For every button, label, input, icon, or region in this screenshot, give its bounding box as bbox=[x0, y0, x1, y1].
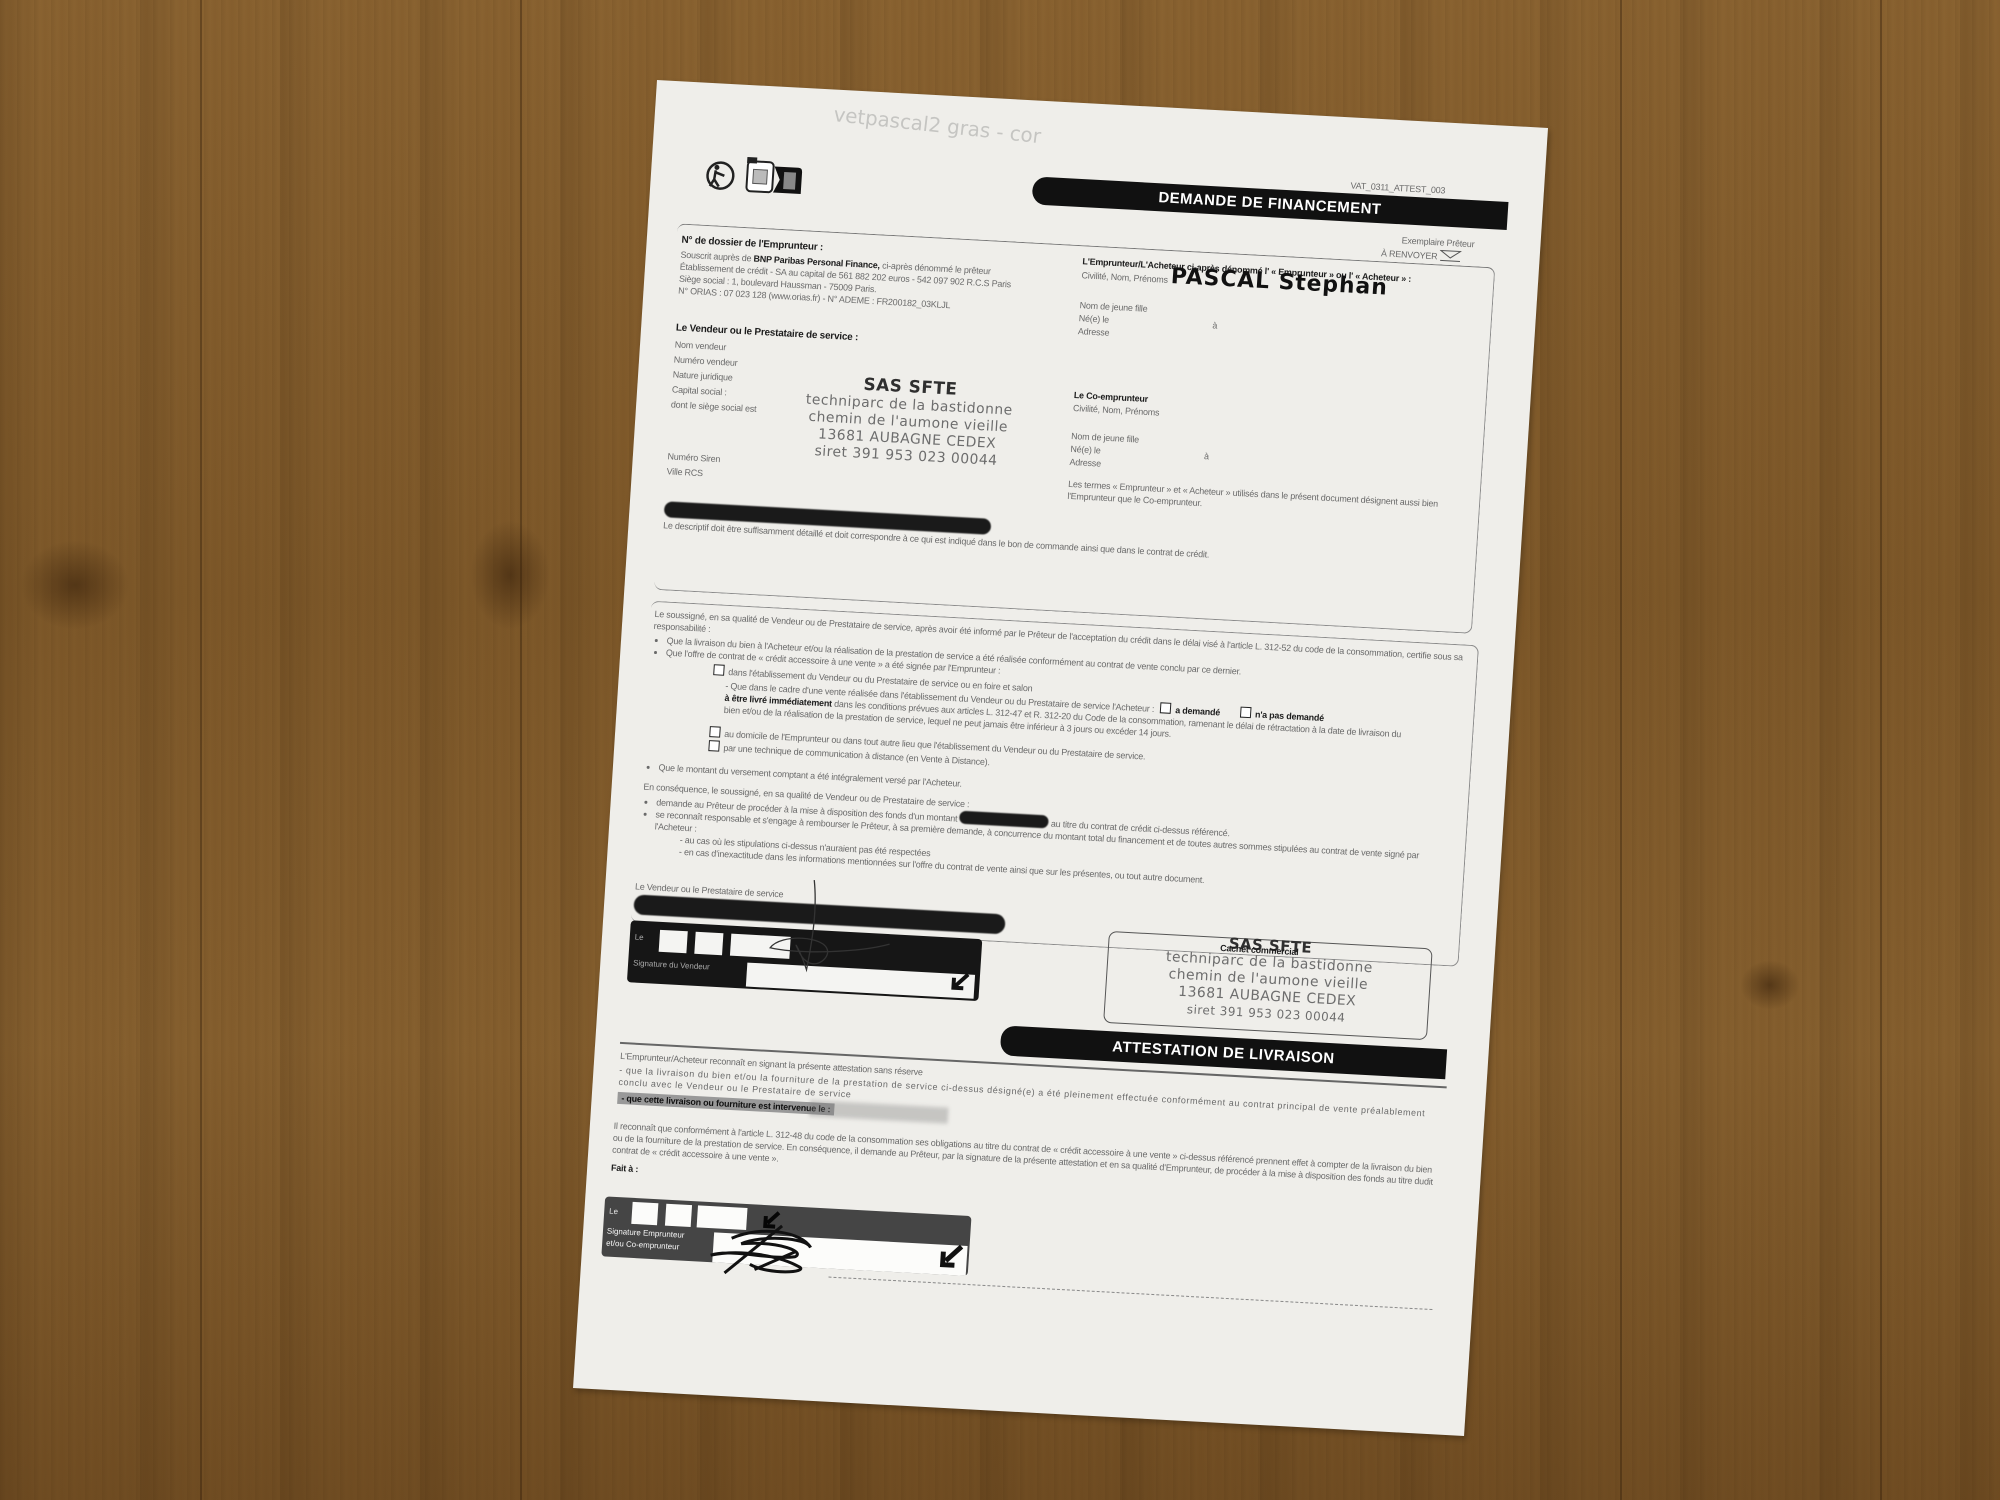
date-box[interactable] bbox=[694, 932, 723, 955]
sign-here-arrow-icon bbox=[938, 1242, 965, 1269]
sign-here-arrow-icon bbox=[949, 970, 972, 993]
checkbox-home[interactable] bbox=[709, 726, 721, 738]
wood-knot bbox=[470, 520, 550, 630]
date-box[interactable] bbox=[631, 1202, 658, 1225]
vendor-labels-bottom: Numéro Siren Ville RCS bbox=[666, 449, 721, 482]
recycling-logo bbox=[701, 153, 832, 200]
vendor-signature-scribble bbox=[739, 876, 924, 985]
co-borrower-born-at: à bbox=[1204, 450, 1210, 462]
vendor-stamp: SAS SFTE techniparc de la bastidonne che… bbox=[787, 371, 1030, 472]
borrower-born-at: à bbox=[1212, 319, 1218, 331]
commercial-stamp: SAS SFTE techniparc de la bastidonne che… bbox=[1105, 928, 1432, 1031]
delivery-paragraph: Il reconnaît que conformément à l'articl… bbox=[612, 1120, 1441, 1200]
borrower-fields: Nom de jeune fille Né(e) le Adresse bbox=[1078, 299, 1148, 342]
vendor-sign-label: Signature du Vendeur bbox=[633, 958, 710, 971]
financing-form-page: vetpascal2 gras - cor VAT_0311_ATTEST_00… bbox=[573, 80, 1548, 1436]
borrower-sign-label-1: Signature Emprunteur bbox=[607, 1227, 685, 1240]
wood-knot bbox=[20, 540, 130, 630]
floor-seam bbox=[200, 0, 202, 1500]
triman-recycle-icon bbox=[701, 153, 832, 200]
checkbox-not-asked[interactable] bbox=[1240, 707, 1252, 719]
wood-knot bbox=[1740, 960, 1800, 1010]
date-label: Le bbox=[634, 932, 643, 941]
date-box[interactable] bbox=[659, 930, 688, 953]
floor-seam bbox=[520, 0, 522, 1500]
vendor-rcs-label: Ville RCS bbox=[666, 464, 720, 482]
borrower-sign-label-2: et/ou Co-emprunteur bbox=[606, 1239, 680, 1252]
envelope-icon bbox=[1439, 249, 1462, 262]
checkbox-asked[interactable] bbox=[1160, 702, 1172, 714]
bleed-through-handwriting: vetpascal2 gras - cor bbox=[832, 102, 1042, 148]
floor-seam bbox=[1880, 0, 1882, 1500]
signature-dotted-line bbox=[828, 1277, 1432, 1311]
made-at-label: Fait à : bbox=[611, 1162, 639, 1175]
checkbox-establishment[interactable] bbox=[713, 664, 725, 676]
co-borrower-fields: Nom de jeune fille Né(e) le Adresse bbox=[1069, 430, 1139, 473]
return-label-text: À RENVOYER bbox=[1381, 248, 1438, 261]
commercial-stamp-box: SAS SFTE techniparc de la bastidonne che… bbox=[1103, 931, 1433, 1040]
vendor-labels: Nom vendeur Numéro vendeur Nature juridi… bbox=[670, 337, 760, 416]
date-box[interactable] bbox=[665, 1204, 692, 1227]
borrower-signature-scribble bbox=[699, 1217, 851, 1285]
floor-seam bbox=[1620, 0, 1622, 1500]
date-label: Le bbox=[609, 1207, 618, 1216]
checkbox-distance[interactable] bbox=[708, 740, 720, 752]
